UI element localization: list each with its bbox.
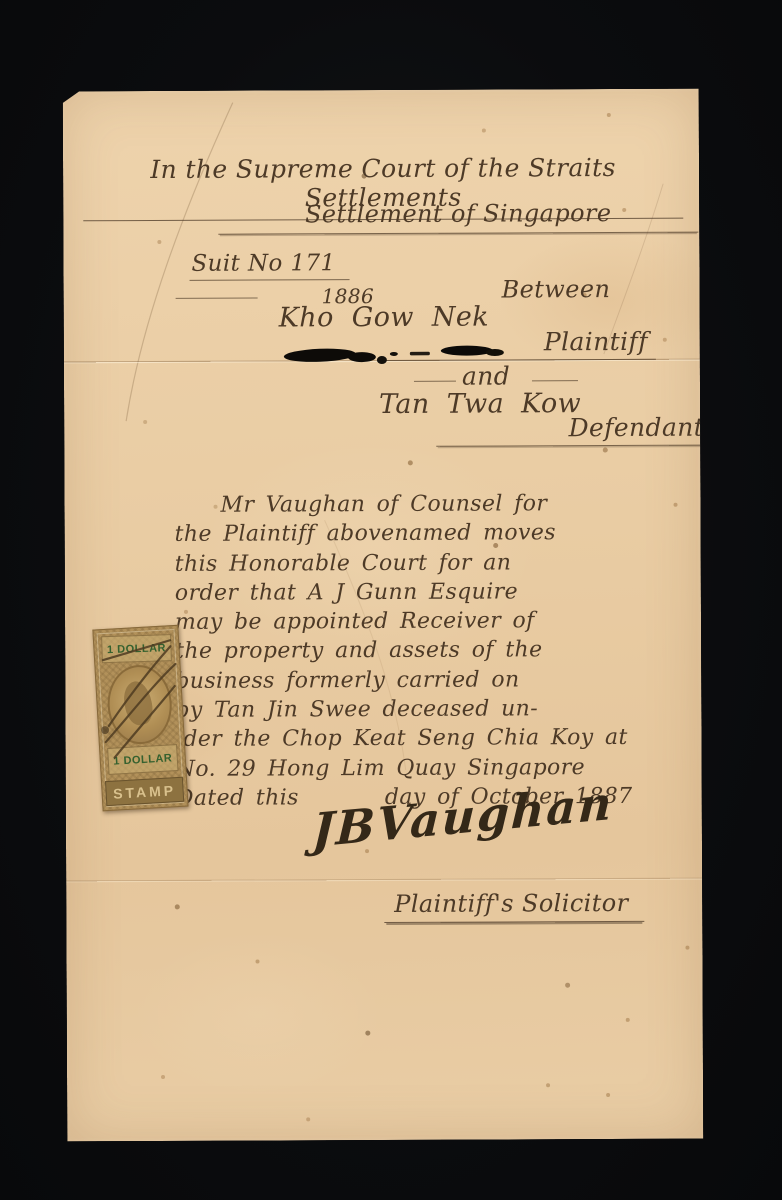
body-line: may be appointed Receiver of <box>175 606 715 638</box>
court-heading-line2: Settlement of Singapore <box>218 199 698 235</box>
body-line: Mr Vaughan of Counsel for <box>174 489 714 521</box>
pen-cancellation-marks <box>93 626 187 810</box>
dash-line <box>176 298 258 299</box>
body-line: by Tan Jin Swee deceased un- <box>175 694 715 726</box>
defendant-role: Defendant <box>436 412 766 446</box>
court-heading-line2-text: Settlement of Singapore <box>305 199 612 228</box>
motion-body: Mr Vaughan of Counsel for the Plaintiff … <box>174 489 715 814</box>
signature-caption: Plaintiff's Solicitor <box>384 889 644 923</box>
body-line: -der the Chop Keat Seng Chia Koy at <box>175 723 715 755</box>
photo-mat: { "photo": { "mat_color": "#0b0c0e" }, "… <box>0 0 782 1200</box>
body-line: the Plaintiff abovenamed moves <box>175 518 715 550</box>
body-line: order that A J Gunn Esquire <box>175 576 715 608</box>
suit-number: Suit No 171 <box>189 250 349 281</box>
body-line: this Honorable Court for an <box>175 547 715 579</box>
body-line: No. 29 Hong Lim Quay Singapore <box>176 752 716 784</box>
foxing-spots <box>63 91 65 93</box>
fold-crease-lower <box>66 878 702 883</box>
document-paper: In the Supreme Court of the Straits Sett… <box>63 89 704 1142</box>
ink-blot <box>282 339 510 372</box>
body-line: business formerly carried on <box>175 664 715 696</box>
revenue-stamp: 1 DOLLAR 1 DOLLAR STAMP <box>92 625 188 812</box>
dated-prefix: Dated this <box>176 783 299 813</box>
dash-line <box>532 380 578 381</box>
between-label: Between <box>502 275 611 303</box>
dash-line <box>414 381 456 382</box>
body-line: the property and assets of the <box>175 635 715 667</box>
